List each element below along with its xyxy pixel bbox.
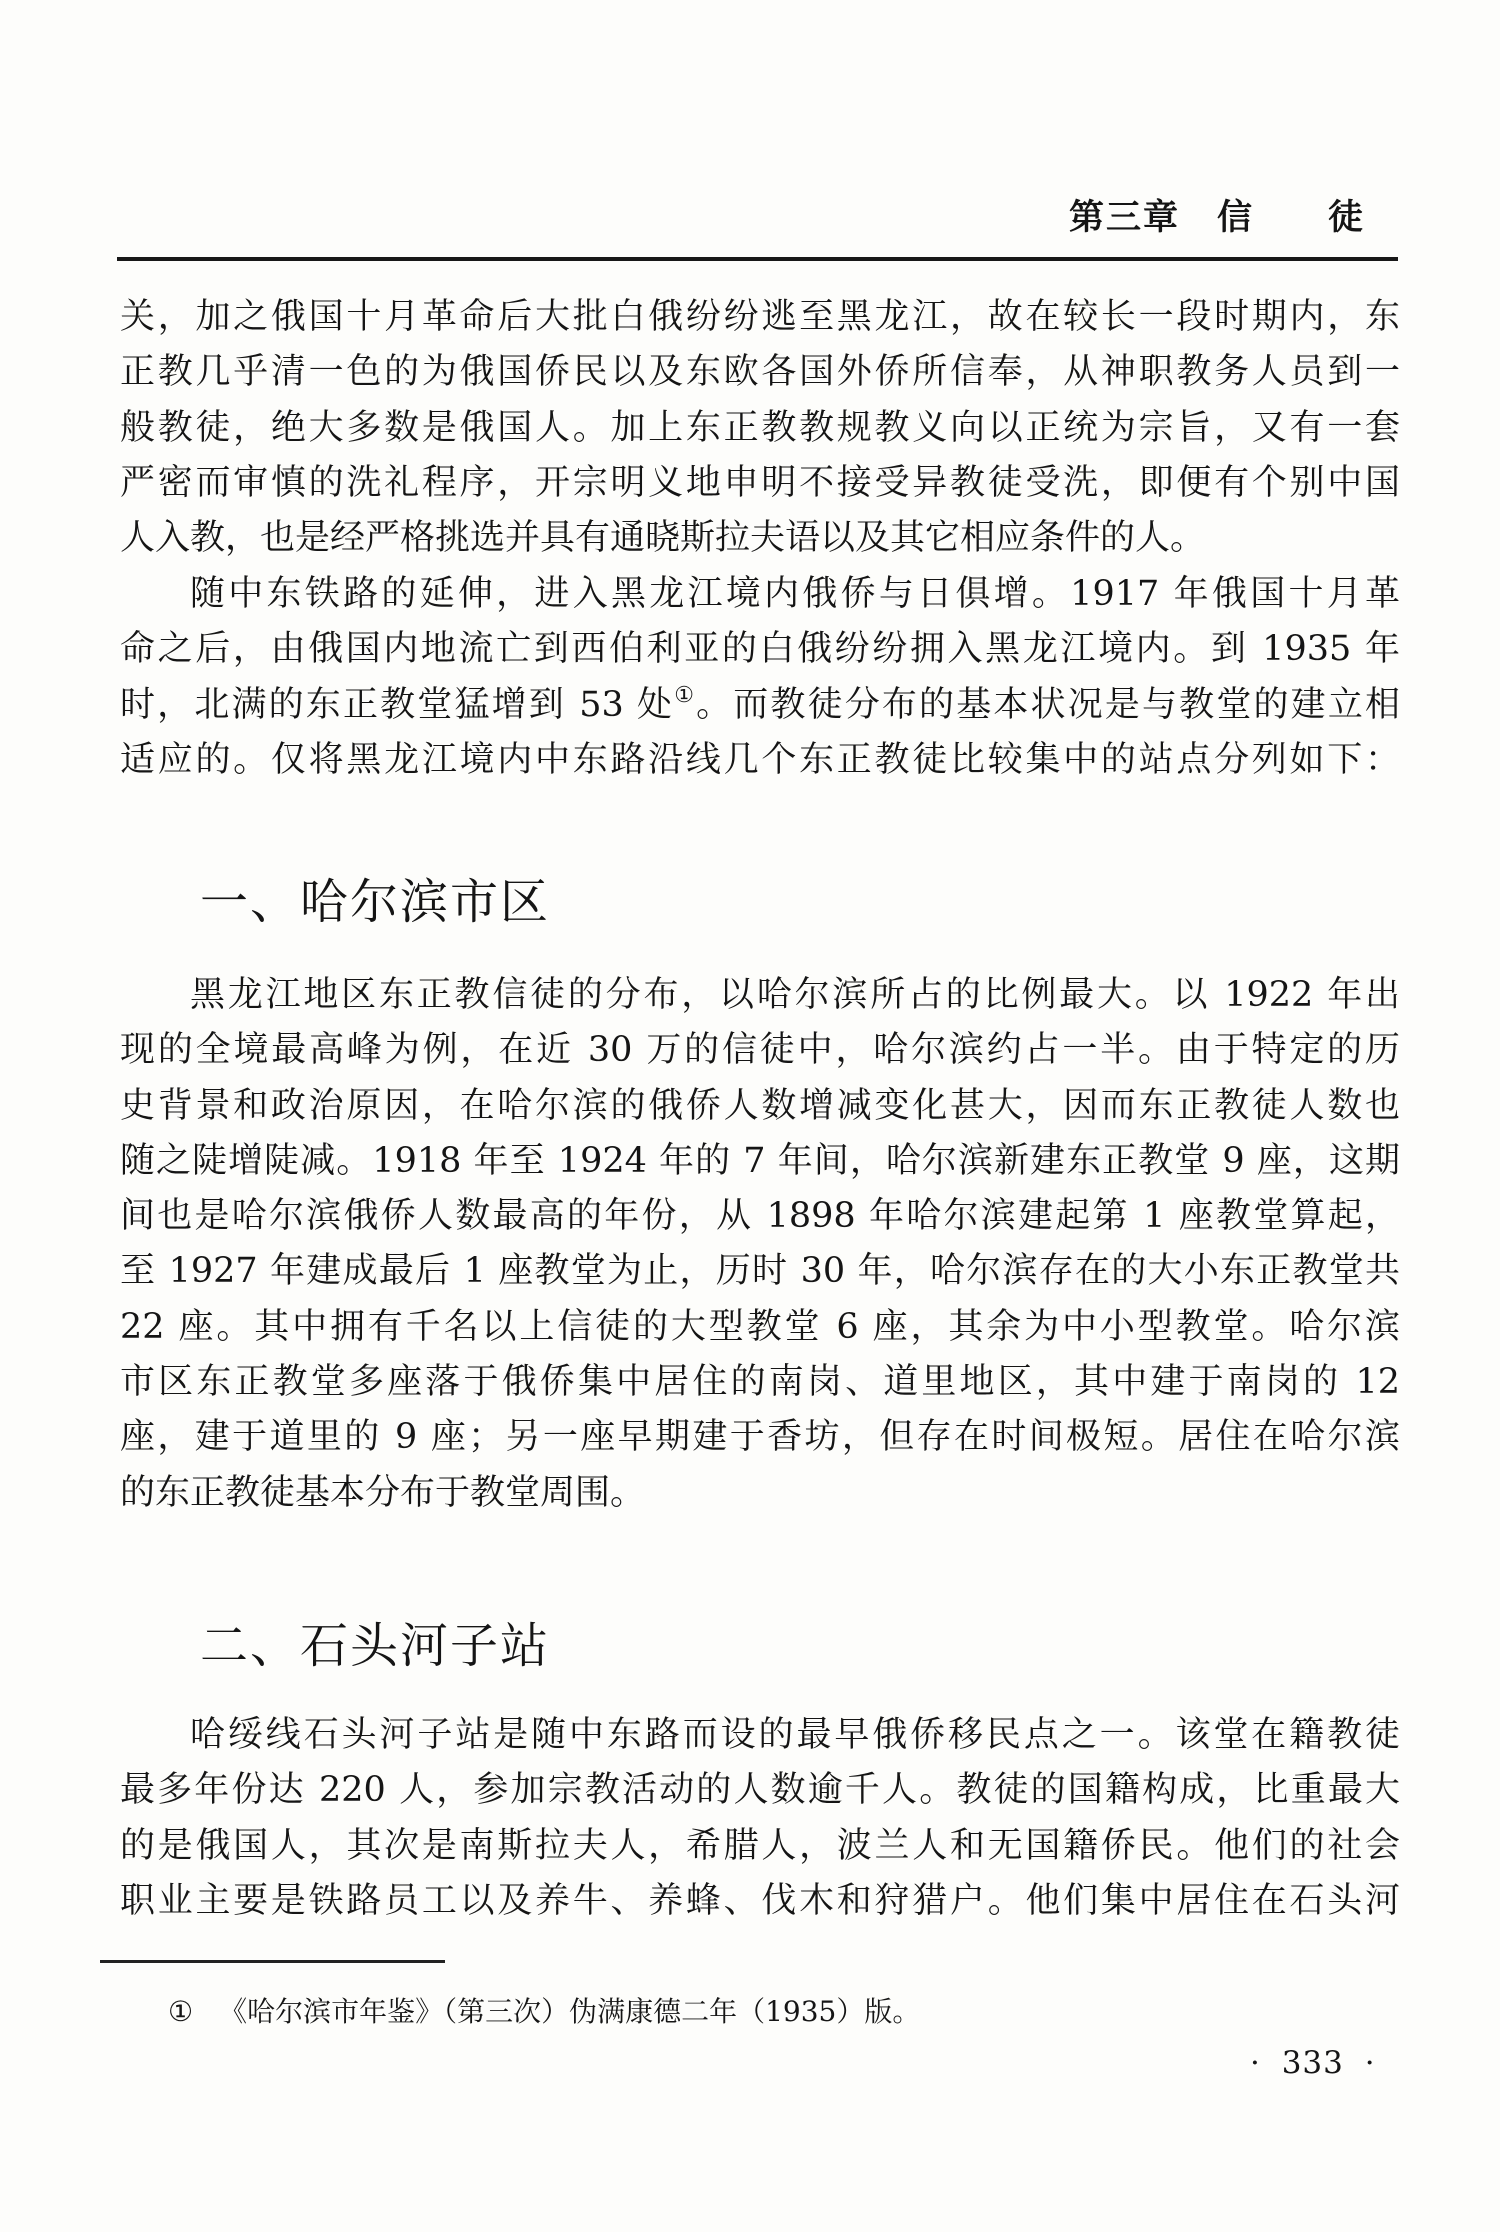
text-line: 命之后，由俄国内地流亡到西伯利亚的白俄纷纷拥入黑龙江境内。到 1935 年 bbox=[120, 622, 1400, 677]
text-line: 时，北满的东正教堂猛增到 53 处①。而教徒分布的基本状况是与教堂的建立相 bbox=[120, 678, 1400, 733]
text-line: 正教几乎清一色的为俄国侨民以及东欧各国外侨所信奉，从神职教务人员到一 bbox=[120, 345, 1400, 400]
book-page: 第三章 信 徒 关，加之俄国十月革命后大批白俄纷纷逃至黑龙江，故在较长一段时期内… bbox=[0, 0, 1500, 2232]
footnote-ref: ① bbox=[674, 683, 696, 708]
footnote-text: 《哈尔滨市年鉴》（第三次）伪满康德二年（1935）版。 bbox=[219, 1995, 920, 2028]
text-line: 哈绥线石头河子站是随中东路而设的最早俄侨移民点之一。该堂在籍教徒 bbox=[120, 1708, 1400, 1763]
text-line: 随之陡增陡减。1918 年至 1924 年的 7 年间，哈尔滨新建东正教堂 9 … bbox=[120, 1134, 1400, 1189]
text-line: 市区东正教堂多座落于俄侨集中居住的南岗、道里地区，其中建于南岗的 12 bbox=[120, 1355, 1400, 1410]
paragraph-2: 随中东铁路的延伸，进入黑龙江境内俄侨与日俱增。1917 年俄国十月革命之后，由俄… bbox=[120, 567, 1400, 788]
text-line: 适应的。仅将黑龙江境内中东路沿线几个东正教徒比较集中的站点分列如下： bbox=[120, 733, 1400, 788]
text-line: 现的全境最高峰为例，在近 30 万的信徒中，哈尔滨约占一半。由于特定的历 bbox=[120, 1023, 1400, 1078]
text-line: 黑龙江地区东正教信徒的分布，以哈尔滨所占的比例最大。以 1922 年出 bbox=[120, 968, 1400, 1023]
paragraph-1: 关，加之俄国十月革命后大批白俄纷纷逃至黑龙江，故在较长一段时期内，东正教几乎清一… bbox=[120, 290, 1400, 566]
paragraph-3: 黑龙江地区东正教信徒的分布，以哈尔滨所占的比例最大。以 1922 年出现的全境最… bbox=[120, 968, 1400, 1521]
footnote: ①《哈尔滨市年鉴》（第三次）伪满康德二年（1935）版。 bbox=[168, 1992, 920, 2032]
paragraph-4: 哈绥线石头河子站是随中东路而设的最早俄侨移民点之一。该堂在籍教徒最多年份达 22… bbox=[120, 1708, 1400, 1929]
text-line: 至 1927 年建成最后 1 座教堂为止，历时 30 年，哈尔滨存在的大小东正教… bbox=[120, 1244, 1400, 1299]
text-line: 人入教，也是经严格挑选并具有通晓斯拉夫语以及其它相应条件的人。 bbox=[120, 511, 1400, 566]
text-line: 史背景和政治原因，在哈尔滨的俄侨人数增减变化甚大，因而东正教徒人数也 bbox=[120, 1079, 1400, 1134]
text-line: 22 座。其中拥有千名以上信徒的大型教堂 6 座，其余为中小型教堂。哈尔滨 bbox=[120, 1300, 1400, 1355]
section-heading-1: 一、哈尔滨市区 bbox=[200, 872, 550, 932]
text-line: 般教徒，绝大多数是俄国人。加上东正教教规教义向以正统为宗旨，又有一套 bbox=[120, 401, 1400, 456]
footnote-separator bbox=[100, 1960, 445, 1963]
chapter-header: 第三章 信 徒 bbox=[1069, 196, 1365, 240]
text-line: 严密而审慎的洗礼程序，开宗明义地申明不接受异教徒受洗，即便有个别中国 bbox=[120, 456, 1400, 511]
text-line: 间也是哈尔滨俄侨人数最高的年份，从 1898 年哈尔滨建起第 1 座教堂算起， bbox=[120, 1189, 1400, 1244]
header-rule bbox=[117, 257, 1398, 261]
page-number: · 333 · bbox=[1250, 2043, 1376, 2083]
text-line: 随中东铁路的延伸，进入黑龙江境内俄侨与日俱增。1917 年俄国十月革 bbox=[120, 567, 1400, 622]
text-line: 的东正教徒基本分布于教堂周围。 bbox=[120, 1466, 1400, 1521]
section-heading-2: 二、石头河子站 bbox=[200, 1616, 550, 1676]
text-line: 座，建于道里的 9 座；另一座早期建于香坊，但存在时间极短。居住在哈尔滨 bbox=[120, 1410, 1400, 1465]
text-line: 关，加之俄国十月革命后大批白俄纷纷逃至黑龙江，故在较长一段时期内，东 bbox=[120, 290, 1400, 345]
text-line: 职业主要是铁路员工以及养牛、养蜂、伐木和狩猎户。他们集中居住在石头河 bbox=[120, 1874, 1400, 1929]
footnote-marker: ① bbox=[168, 1995, 193, 2028]
text-line: 最多年份达 220 人，参加宗教活动的人数逾千人。教徒的国籍构成，比重最大 bbox=[120, 1763, 1400, 1818]
text-line: 的是俄国人，其次是南斯拉夫人，希腊人，波兰人和无国籍侨民。他们的社会 bbox=[120, 1819, 1400, 1874]
